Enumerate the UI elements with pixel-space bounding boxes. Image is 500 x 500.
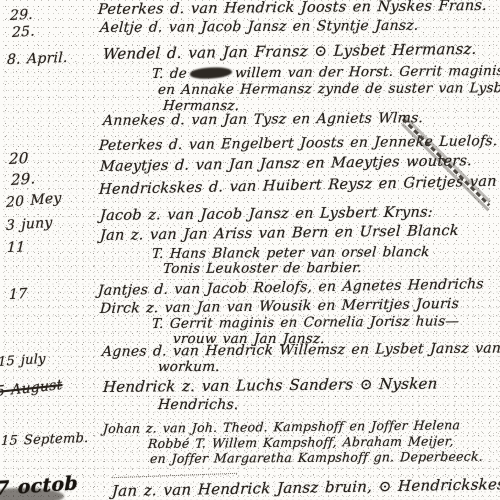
witness-line: T. Hans Blanck peter van orsel blanck bbox=[151, 244, 430, 262]
register-line: Hendrickskes d. van Huibert Reysz en Gri… bbox=[99, 172, 500, 198]
register-line: Agnes d. van Hendrick Willemsz en Lysbet… bbox=[102, 341, 500, 360]
register-line: Annekes d. van Jan Tysz en Agniets Wlms. bbox=[103, 110, 424, 129]
margin-date: 15 Septemb. bbox=[1, 431, 89, 449]
witness-line: en Annake Hermansz zynde de suster van L… bbox=[157, 80, 500, 98]
margin-date: 3 juny bbox=[6, 215, 53, 234]
witness-line: T. Gerrit maginis en Cornelia Jorisz hui… bbox=[152, 313, 460, 332]
ink-blot bbox=[190, 66, 232, 80]
margin-date: 15 july bbox=[0, 352, 46, 370]
witness-line: Tonis Leukoster de barbier. bbox=[162, 260, 362, 277]
margin-date: 17 bbox=[9, 286, 28, 303]
margin-date: 20 Mey bbox=[6, 190, 62, 211]
margin-date: 20 bbox=[9, 149, 29, 168]
margin-date: 11 bbox=[7, 239, 26, 256]
register-line-continuation: workum. bbox=[157, 359, 220, 375]
margin-date: 25. bbox=[12, 23, 35, 41]
witness-line-text: willem van der Horst. Gerrit maginis, bbox=[234, 63, 500, 81]
margin-date-struck: 5 August bbox=[0, 377, 63, 400]
register-line: Aeltje d. van Jacob Jansz en Styntje Jan… bbox=[99, 18, 419, 36]
register-line: Peterkes d. van Engelbert Joosts en Jenn… bbox=[99, 133, 498, 154]
margin-date: 8. April. bbox=[7, 50, 68, 68]
margin-date: 29. bbox=[10, 7, 33, 24]
register-line-continuation: Hendrichs. bbox=[157, 397, 239, 413]
register-line: Jan z. van Hendrick Jansz bruin, ⊙ Hendr… bbox=[112, 475, 500, 500]
manuscript-page: 29. 25. 8. April. 20 29. 20 Mey 3 juny 1… bbox=[0, 0, 500, 500]
ink-blob bbox=[0, 488, 64, 500]
ink-scribble bbox=[112, 466, 237, 478]
register-line: Jacob z. van Jacob Jansz en Lysbert Kryn… bbox=[100, 205, 434, 224]
witness-line: en Joffer Margaretha Kampshoff gn. Deper… bbox=[150, 449, 484, 466]
witness-line: T. dewillem van der Horst. Gerrit magini… bbox=[152, 63, 500, 82]
register-line: Jan z. van Jan Ariss van Bern en Ursel B… bbox=[100, 223, 460, 244]
witness-line-text: T. de bbox=[152, 66, 188, 82]
register-line: Maeytjes d. van Jan Jansz en Maeytjes wo… bbox=[100, 153, 473, 175]
margin-date: 29. bbox=[11, 169, 36, 189]
register-line: Peterkes d. van Hendrick Joosts en Nyske… bbox=[98, 0, 488, 18]
register-line: Hendrick z. van Luchs Sanders ⊙ Nysken bbox=[102, 374, 438, 396]
register-line: Wendel d. van Jan Fransz ⊙ Lysbet Herman… bbox=[102, 40, 477, 63]
